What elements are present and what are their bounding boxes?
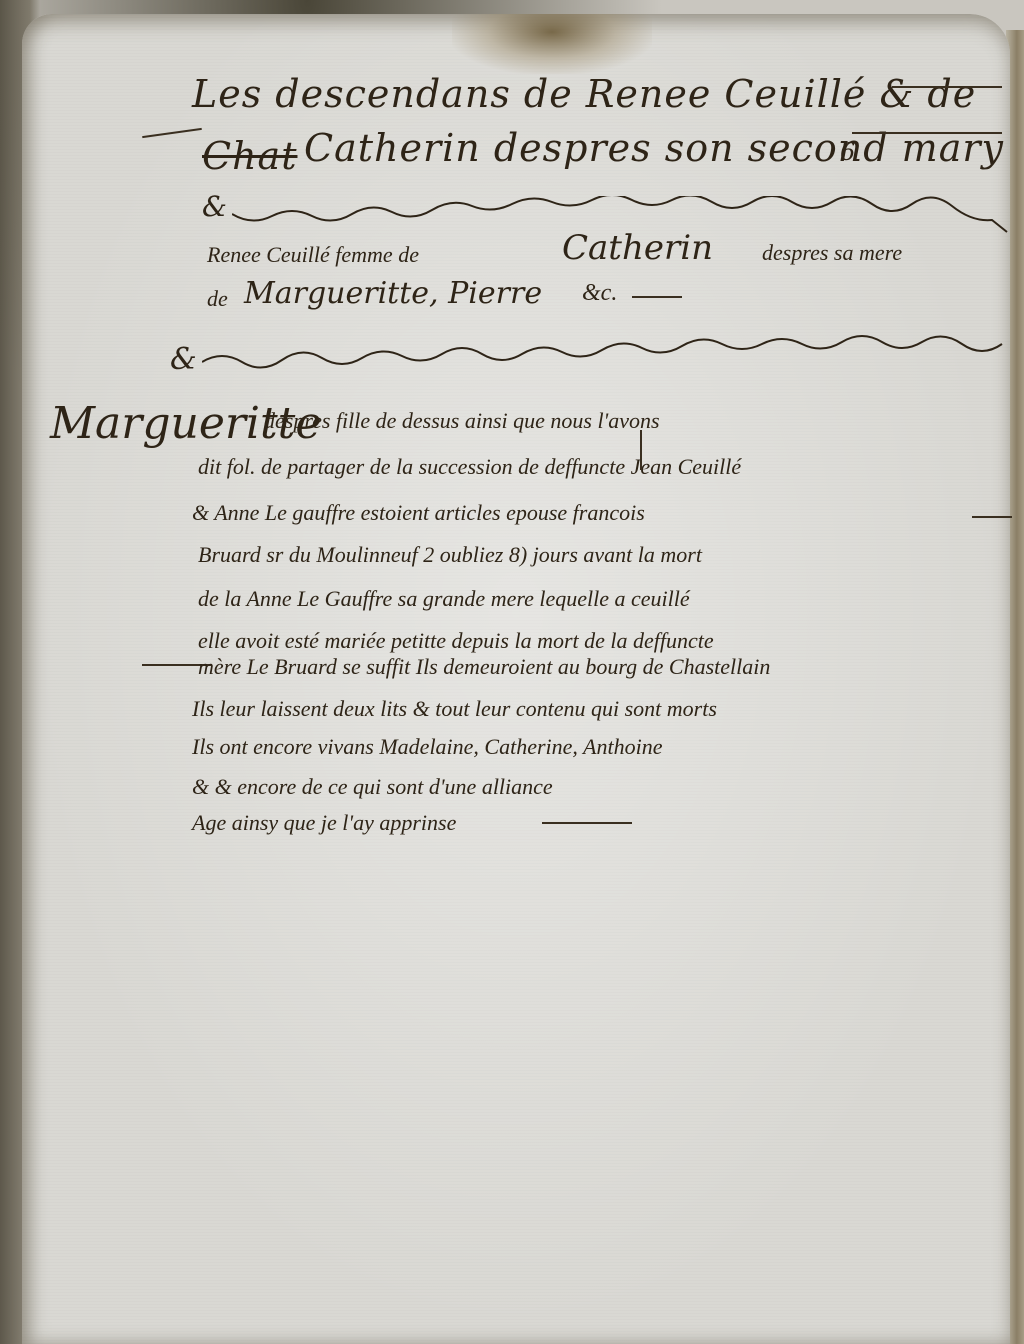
entry-line-11: Age ainsy que je l'ay apprinse [192,810,456,836]
entry-line-8: Ils leur laissent deux lits & tout leur … [192,696,717,722]
entry-line-5: de la Anne Le Gauffre sa grande mere leq… [198,586,690,612]
section1-line2-suffix: &c. [582,280,617,307]
entry-line-9: Ils ont encore vivans Madelaine, Catheri… [192,734,662,760]
heading-struck-word: Chat [202,134,297,178]
insertion-bracket [640,430,642,470]
folio-mark: 6 [840,138,855,166]
entry-line-3-trail [972,516,1012,518]
entry-line-7: mère Le Bruard se suffit Ils demeuroient… [198,654,770,680]
section1-trail-rule [632,296,682,298]
entry-line-2: dit fol. de partager de la succession de… [198,454,741,480]
entry-end-rule [542,822,632,824]
section1-line1-prefix: Renee Ceuillé femme de [207,242,419,268]
heading-flourish [142,128,202,138]
heading-line-1: Les descendans de Renee Ceuillé & de [192,72,976,116]
entry-line-10: & & encore de ce qui sont d'une alliance [192,774,553,800]
ornament-ampersand-2: & [170,342,197,377]
entry-line-6: elle avoit esté mariée petitte depuis la… [198,628,714,654]
ornament-ampersand-1: & [202,190,227,223]
entry-line-1: despres fille de dessus ainsi que nous l… [264,408,660,434]
entry-line-3: & Anne Le gauffre estoient articles epou… [192,500,645,526]
section1-name-margueritte: Margueritte, Pierre [244,276,542,311]
heading-trail-rule-1 [892,86,1002,88]
heading-trail-rule-2 [852,132,1002,134]
manuscript-page: Les descendans de Renee Ceuillé & de Cha… [22,14,1010,1344]
wavy-separator-2 [202,332,1012,372]
ink-stain [452,14,652,74]
entry-line-4: Bruard sr du Moulinneuf 2 oubliez 8) jou… [198,542,702,568]
section1-line1-suffix: despres sa mere [762,240,902,266]
section1-name-catherin: Catherin [562,228,713,268]
section1-line2-prefix: de [207,286,228,312]
